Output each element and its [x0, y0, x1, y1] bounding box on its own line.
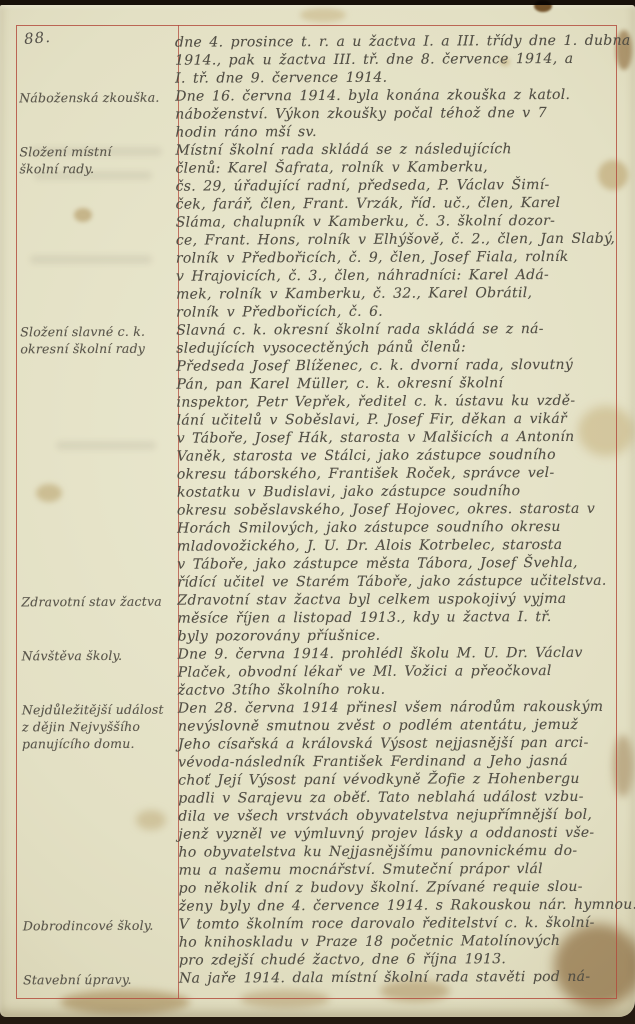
entry-body-line: kostatku v Budislavi, jako zástupce soud…	[177, 482, 633, 502]
entry-label-line: Dobrodincové školy.	[23, 917, 179, 935]
entry-body-line: mu a našemu mocnářství. Smuteční prápor …	[179, 860, 635, 880]
entry-body-line: byly pozorovány příušnice.	[178, 626, 634, 646]
entry-body-line: jenž vyzněl ve výmluvný projev lásky a o…	[178, 824, 634, 844]
entry-body-line: rolník v Předbořicích, č. 9, člen, Josef…	[176, 248, 632, 268]
entry-body-line: Sláma, chalupník v Kamberku, č. 3. školn…	[176, 212, 632, 232]
entry-body-text: Na jaře 1914. dala místní školní rada st…	[179, 968, 635, 988]
red-ruled-frame: 88. dne 4. prosince t. r. a u žactva I. …	[16, 25, 617, 999]
chronicle-photo: 88. dne 4. prosince t. r. a u žactva I. …	[0, 0, 635, 1024]
entry-body-line: lání učitelů v Soběslavi, P. Josef Fir, …	[177, 410, 633, 430]
entry-body-text: Den 28. června 1914 přinesl všem národům…	[178, 698, 635, 916]
entry-body-line: choť Její Výsost paní vévodkyně Žofie z …	[178, 770, 634, 790]
entry-body-line: nevýslovně smutnou zvěst o podlém atentá…	[178, 716, 634, 736]
entry-body-line: inspektor, Petr Vepřek, ředitel c. k. ús…	[176, 392, 632, 412]
entry-body-line: rolník v Předbořicích, č. 6.	[176, 302, 632, 322]
entry-body-line: Plaček, obvodní lékař ve Ml. Vožici a př…	[178, 662, 634, 682]
entry-label-line: Složení slavné c. k.	[20, 323, 176, 341]
entry-body-line: ce, Frant. Hons, rolník v Elhýšově, č. 2…	[176, 230, 632, 250]
entry-body-line: Na jaře 1914. dala místní školní rada st…	[179, 968, 635, 988]
chronicle-entry: Nejdůležitější událostz dějin Nejvyššího…	[22, 698, 635, 917]
entry-body-line: padli v Sarajevu za oběť. Tato neblahá u…	[178, 788, 634, 808]
entry-label-line: z dějin Nejvyššího	[22, 718, 178, 736]
entry-body-line: vévoda-následník František Ferdinand a J…	[178, 752, 634, 772]
entry-body-line: měsíce říjen a listopad 1913., kdy u žac…	[177, 608, 633, 628]
chronicle-entry: Dobrodincové školy.V tomto školním roce …	[23, 914, 635, 971]
entry-body-text: Místní školní rada skládá se z následují…	[175, 140, 632, 322]
entry-body-line: Zdravotní stav žactva byl celkem uspokoj…	[177, 590, 633, 610]
entry-body-text: Zdravotní stav žactva byl celkem uspokoj…	[177, 590, 633, 646]
entry-body-line: Slavná c. k. okresní školní rada skládá …	[176, 320, 632, 340]
entry-label-line: školní rady.	[19, 160, 175, 178]
entry-body-line: hodin ráno mší sv.	[175, 122, 631, 142]
entry-body-line: Horách Smilových, jako zástupce soudního…	[177, 518, 633, 538]
entry-body-line: ho knihoskladu v Praze 18 početnic Matol…	[179, 932, 635, 952]
entry-body-line: mek, rolník v Kamberku, č. 32., Karel Ob…	[176, 284, 632, 304]
entry-body-line: v Táboře, jako zástupce města Tábora, Jo…	[177, 554, 633, 574]
entry-body-line: dne 4. prosince t. r. a u žactva I. a II…	[175, 32, 631, 52]
entry-body-text: V tomto školním roce darovalo ředitelstv…	[179, 914, 635, 970]
entry-body-text: Dne 16. června 1914. byla konána zkouška…	[175, 86, 631, 142]
entry-body-line: žactvo 3tího školního roku.	[178, 680, 634, 700]
entry-label-line: Stavební úpravy.	[23, 971, 179, 989]
entry-topic-label: Zdravotní stav žactva	[21, 592, 177, 611]
entry-body-line: ček, farář, člen, Frant. Vrzák, říd. uč.…	[176, 194, 632, 214]
entry-body-line: v Táboře, Josef Hák, starosta v Malšicíc…	[177, 428, 633, 448]
entries: dne 4. prosince t. r. a u žactva I. a II…	[19, 32, 635, 989]
chronicle-entry: Složení místníškolní rady.Místní školní …	[19, 140, 632, 323]
entry-topic-label	[19, 34, 175, 36]
entry-topic-label: Složení místníškolní rady.	[19, 142, 175, 178]
entry-body-line: I. tř. dne 9. července 1914.	[175, 68, 631, 88]
entry-topic-label: Složení slavné c. k.okresní školní rady	[20, 322, 176, 358]
chronicle-entry: Zdravotní stav žactvaZdravotní stav žact…	[21, 590, 633, 647]
entry-body-text: Dne 9. června 1914. prohlédl školu M. U.…	[178, 644, 634, 700]
entry-topic-label: Nejdůležitější událostz dějin Nejvyššího…	[22, 700, 178, 753]
entry-body-line: v Hrajovicích, č. 3., člen, náhradníci: …	[176, 266, 632, 286]
entry-body-line: Předseda Josef Blíženec, c. k. dvorní ra…	[176, 356, 632, 376]
entry-body-line: pro zdejší chudé žactvo, dne 6 října 191…	[179, 950, 635, 970]
entry-body-line: řídící učitel ve Starém Táboře, jako zás…	[177, 572, 633, 592]
entry-body-line: sledujících vysocectěných pánů členů:	[176, 338, 632, 358]
entry-body-line: Den 28. června 1914 přinesl všem národům…	[178, 698, 634, 718]
entry-body-line: ženy byly dne 4. července 1914. s Rakous…	[179, 896, 635, 916]
entry-topic-label: Dobrodincové školy.	[23, 916, 179, 935]
entry-body-text: dne 4. prosince t. r. a u žactva I. a II…	[175, 32, 631, 88]
entry-body-line: členů: Karel Šafrata, rolník v Kamberku,	[175, 158, 631, 178]
entry-label-line: panujícího domu.	[22, 735, 178, 753]
entry-body-line: 1914., pak u žactva III. tř. dne 8. červ…	[175, 50, 631, 70]
entry-label-line: Návštěva školy.	[22, 647, 178, 665]
entry-body-line: Dne 16. června 1914. byla konána zkouška…	[175, 86, 631, 106]
entry-body-line: mladovožického, J. U. Dr. Alois Kotrbele…	[177, 536, 633, 556]
entry-topic-label: Návštěva školy.	[22, 646, 178, 665]
entry-body-line: Vaněk, starosta ve Stálci, jako zástupce…	[177, 446, 633, 466]
entry-body-line: Pán, pan Karel Müller, c. k. okresní ško…	[176, 374, 632, 394]
entry-body-line: dila ve všech vrstvách obyvatelstva neju…	[178, 806, 634, 826]
entry-body-line: Místní školní rada skládá se z následují…	[175, 140, 631, 160]
entry-body-line: ho obyvatelstva ku Nejjasnějšímu panovni…	[178, 842, 634, 862]
entry-body-text: Slavná c. k. okresní školní rada skládá …	[176, 320, 633, 592]
chronicle-entry: Stavební úpravy.Na jaře 1914. dala místn…	[23, 968, 635, 989]
entry-label-line: Nejdůležitější událost	[22, 701, 178, 719]
entry-label-line: Náboženská zkouška.	[19, 89, 175, 107]
entry-label-line: okresní školní rady	[20, 340, 176, 358]
entry-body-line: okresu táborského, František Roček, sprá…	[177, 464, 633, 484]
entry-topic-label: Náboženská zkouška.	[19, 88, 175, 107]
entry-body-line: okresu soběslavského, Josef Hojovec, okr…	[177, 500, 633, 520]
entry-body-line: Dne 9. června 1914. prohlédl školu M. U.…	[178, 644, 634, 664]
entry-body-line: náboženství. Výkon zkoušky počal téhož d…	[175, 104, 631, 124]
entry-body-line: Jeho císařská a královská Výsost nejjasn…	[178, 734, 634, 754]
chronicle-entry: Návštěva školy.Dne 9. června 1914. prohl…	[22, 644, 634, 701]
entry-topic-label: Stavební úpravy.	[23, 970, 179, 989]
entry-label-line: Zdravotní stav žactva	[21, 593, 177, 611]
entry-label-line: Složení místní	[19, 143, 175, 161]
entry-body-line: po několik dní z budovy školní. Zpívané …	[179, 878, 635, 898]
chronicle-entry: Náboženská zkouška.Dne 16. června 1914. …	[19, 86, 631, 143]
chronicle-entry: dne 4. prosince t. r. a u žactva I. a II…	[19, 32, 631, 89]
entry-body-line: V tomto školním roce darovalo ředitelstv…	[179, 914, 635, 934]
entry-body-line: čs. 29, úřadující radní, předseda, P. Vá…	[176, 176, 632, 196]
chronicle-entry: Složení slavné c. k.okresní školní radyS…	[20, 320, 633, 593]
